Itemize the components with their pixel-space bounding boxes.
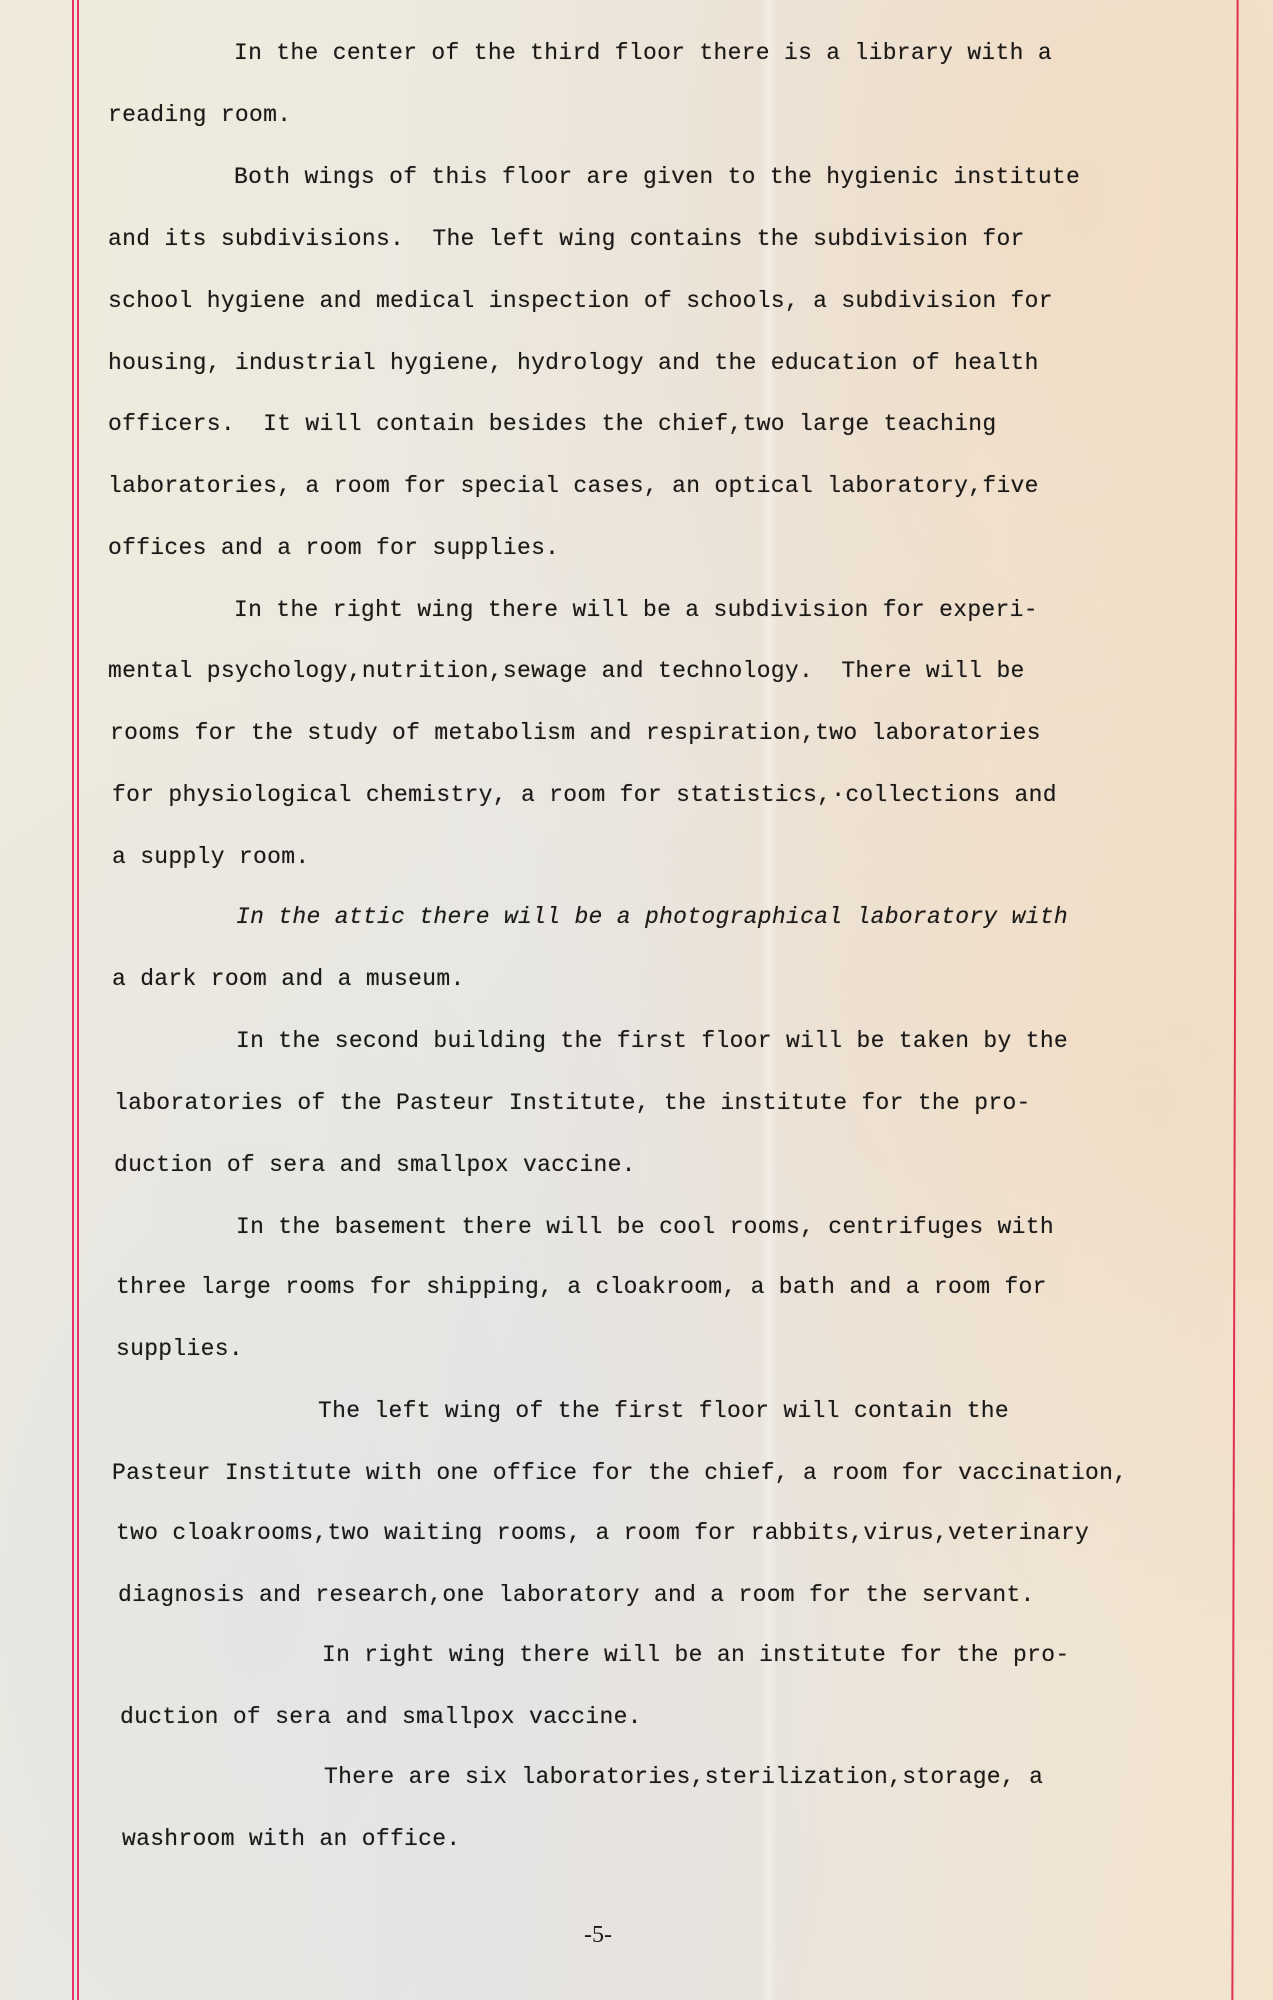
text-line: supplies. [116,1336,243,1362]
text-line: offices and a room for supplies. [108,535,559,561]
page-number: -5- [584,1922,612,1949]
text-line: In the basement there will be cool rooms… [236,1214,1054,1240]
text-line: There are six laboratories,sterilization… [324,1764,1043,1790]
text-line: Both wings of this floor are given to th… [234,164,1080,190]
text-line: for physiological chemistry, a room for … [112,782,1057,808]
text-line: officers. It will contain besides the ch… [108,411,996,437]
text-line: duction of sera and smallpox vaccine. [114,1152,636,1178]
text-line: Pasteur Institute with one office for th… [112,1460,1127,1486]
text-line: The left wing of the first floor will co… [318,1398,1009,1424]
text-line: In the second building the first floor w… [236,1028,1068,1054]
text-line: laboratories, a room for special cases, … [108,473,1039,499]
typewritten-page: In the center of the third floor there i… [0,0,1273,2000]
text-line: duction of sera and smallpox vaccine. [120,1704,642,1730]
text-line: In the right wing there will be a subdiv… [234,597,1038,623]
text-line: In right wing there will be an institute… [322,1642,1069,1668]
text-line: diagnosis and research,one laboratory an… [118,1582,1035,1608]
text-line: reading room. [108,102,291,128]
text-line: housing, industrial hygiene, hydrology a… [108,350,1039,376]
text-line: In the attic there will be a photographi… [236,904,1068,930]
text-line: a dark room and a museum. [112,966,465,992]
text-line: school hygiene and medical inspection of… [108,288,1053,314]
text-line: washroom with an office. [122,1826,460,1852]
text-line: two cloakrooms,two waiting rooms, a room… [116,1520,1089,1546]
text-line: three large rooms for shipping, a cloakr… [116,1274,1047,1300]
text-line: In the center of the third floor there i… [234,40,1052,66]
text-line: laboratories of the Pasteur Institute, t… [114,1090,1031,1116]
text-line: mental psychology,nutrition,sewage and t… [108,658,1025,684]
text-line: rooms for the study of metabolism and re… [110,720,1041,746]
text-line: a supply room. [112,844,309,870]
text-line: and its subdivisions. The left wing cont… [108,226,1025,252]
